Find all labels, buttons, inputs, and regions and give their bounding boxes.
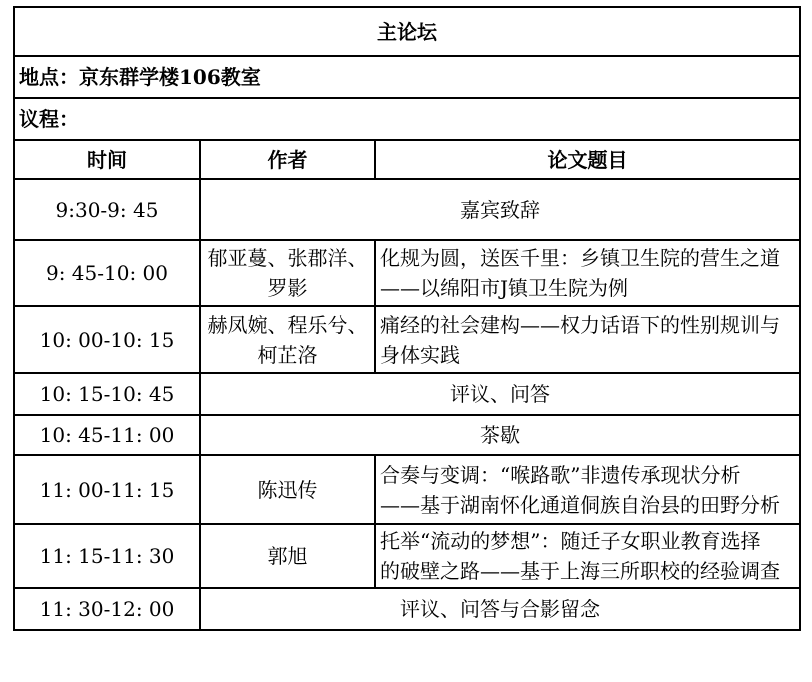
agenda-label: 议程： xyxy=(14,98,800,140)
merged-content-cell: 评议、问答 xyxy=(200,373,800,415)
table-row: 11: 30-12: 00 评议、问答与合影留念 xyxy=(14,588,800,630)
time-cell: 9: 45-10: 00 xyxy=(14,240,200,306)
table-row: 10: 15-10: 45 评议、问答 xyxy=(14,373,800,415)
forum-title: 主论坛 xyxy=(14,7,800,56)
forum-title-row: 主论坛 xyxy=(14,7,800,56)
column-header-paper: 论文题目 xyxy=(375,140,800,179)
agenda-label-row: 议程： xyxy=(14,98,800,140)
paper-title-cell: 痛经的社会建构——权力话语下的性别规训与 身体实践 xyxy=(375,306,800,373)
table-row: 11: 00-11: 15 陈迅传 合奏与变调：“喉路歌”非遗传承现状分析 ——… xyxy=(14,455,800,524)
time-cell: 10: 15-10: 45 xyxy=(14,373,200,415)
table-row: 10: 00-10: 15 赫凤婉、程乐兮、 柯芷洛 痛经的社会建构——权力话语… xyxy=(14,306,800,373)
location-row: 地点：京东群学楼106教室 xyxy=(14,56,800,98)
column-header-time: 时间 xyxy=(14,140,200,179)
authors-cell: 郭旭 xyxy=(200,524,375,588)
merged-content-cell: 茶歇 xyxy=(200,415,800,455)
merged-content-cell: 嘉宾致辞 xyxy=(200,179,800,240)
paper-title-cell: 化规为圆，送医千里：乡镇卫生院的营生之道 ——以绵阳市J镇卫生院为例 xyxy=(375,240,800,306)
time-cell: 9:30-9: 45 xyxy=(14,179,200,240)
column-header-authors: 作者 xyxy=(200,140,375,179)
merged-content-cell: 评议、问答与合影留念 xyxy=(200,588,800,630)
paper-title-cell: 合奏与变调：“喉路歌”非遗传承现状分析 ——基于湖南怀化通道侗族自治县的田野分析 xyxy=(375,455,800,524)
table-row: 11: 15-11: 30 郭旭 托举“流动的梦想”：随迁子女职业教育选择 的破… xyxy=(14,524,800,588)
time-cell: 10: 00-10: 15 xyxy=(14,306,200,373)
table-row: 9:30-9: 45 嘉宾致辞 xyxy=(14,179,800,240)
time-cell: 11: 15-11: 30 xyxy=(14,524,200,588)
column-header-row: 时间 作者 论文题目 xyxy=(14,140,800,179)
authors-cell: 陈迅传 xyxy=(200,455,375,524)
time-cell: 11: 30-12: 00 xyxy=(14,588,200,630)
table-row: 10: 45-11: 00 茶歇 xyxy=(14,415,800,455)
authors-cell: 赫凤婉、程乐兮、 柯芷洛 xyxy=(200,306,375,373)
location-text: 地点：京东群学楼106教室 xyxy=(14,56,800,98)
time-cell: 10: 45-11: 00 xyxy=(14,415,200,455)
forum-agenda-table: 主论坛 地点：京东群学楼106教室 议程： 时间 作者 论文题目 9:30-9:… xyxy=(13,6,801,631)
paper-title-cell: 托举“流动的梦想”：随迁子女职业教育选择 的破壁之路——基于上海三所职校的经验调… xyxy=(375,524,800,588)
table-row: 9: 45-10: 00 郁亚蔓、张郡洋、 罗影 化规为圆，送医千里：乡镇卫生院… xyxy=(14,240,800,306)
document-page: 主论坛 地点：京东群学楼106教室 议程： 时间 作者 论文题目 9:30-9:… xyxy=(0,0,812,682)
time-cell: 11: 00-11: 15 xyxy=(14,455,200,524)
authors-cell: 郁亚蔓、张郡洋、 罗影 xyxy=(200,240,375,306)
